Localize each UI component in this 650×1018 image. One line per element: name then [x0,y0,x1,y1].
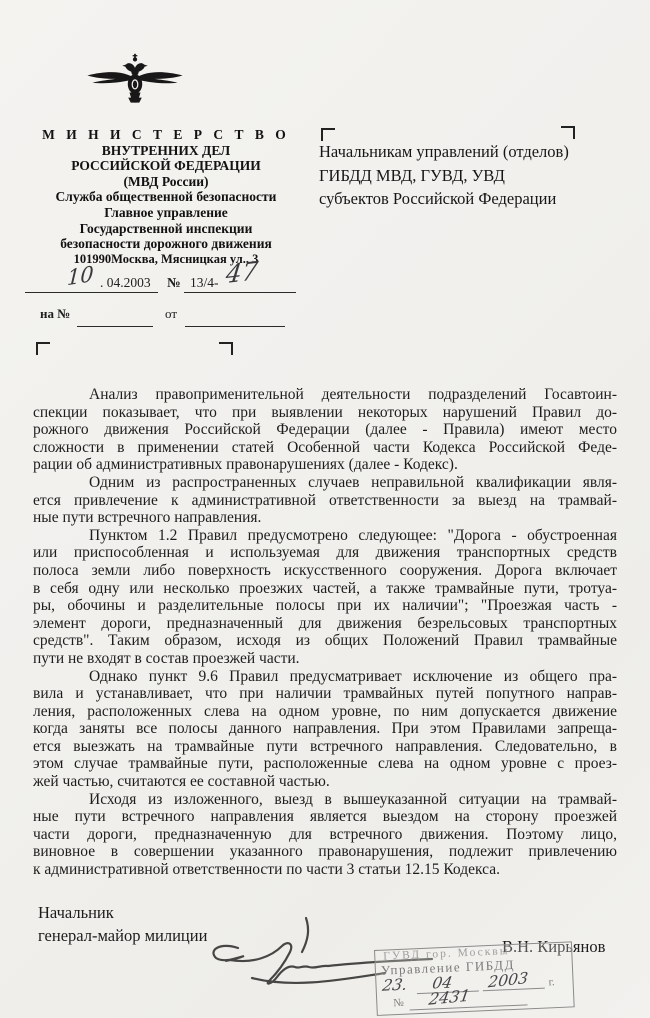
recipient-line: Начальникам управлений (отделов) [319,140,599,164]
letterhead-line: Государственной инспекции [15,221,317,237]
corner-mark-left [36,342,50,355]
reply-from-label: от [165,306,177,322]
printed-date: . 04.2003 [100,275,151,291]
body-line: рожного движения Российской Федерации (д… [33,421,617,439]
letterhead-line: (МВД России) [15,174,317,190]
recipient-line: субъектов Российской Федерации [319,187,599,211]
stamp-date-day: 23. [381,976,409,995]
body-line: ления, расположенных слева на одном уров… [33,703,617,721]
letterhead-line: безопасности дорожного движения [15,236,317,252]
body-line: Анализ правоприменительной деятельности … [33,386,617,404]
stamp: ГУВД гор. Москвы Управление ГИБДД 23. 04… [374,941,575,1016]
number-underline [184,292,296,293]
body-line: части дороги, предназначенную для встреч… [33,826,617,844]
number-sign: № [167,275,181,291]
printed-number: 13/4- [190,275,219,291]
letter-body: Анализ правоприменительной деятельности … [33,386,617,879]
recipient-line: ГИБДД МВД, ГУВД, УВД [319,164,599,188]
recipient-corner-right [561,126,575,139]
letterhead-line: РОССИЙСКОЙ ФЕДЕРАЦИИ [15,158,317,174]
letterhead-line: М И Н И С Т Е Р С Т В О [15,127,317,143]
body-line: средств". Таким образом, исходя из общих… [33,632,617,650]
body-line: ется привлечение к административной отве… [33,492,617,510]
reply-number-underline [77,326,153,327]
body-line: полоса земли либо поверхность искусствен… [33,562,617,580]
corner-mark-right [219,342,233,355]
body-line: этом случае трамвайные пути, расположенн… [33,755,617,773]
body-line: рации об административных правонарушения… [33,456,617,474]
stamp-number-value: 2431 [428,986,472,1009]
letterhead-address: 101990Москва, Мясницкая ул., 3 [15,252,317,268]
body-line: или приспособленная и используемая для д… [33,544,617,562]
eagle-emblem-icon [84,50,186,112]
body-line: ные пути встречного направления является… [33,808,617,826]
reply-from-underline [185,326,285,327]
body-line: Исходя из изложенного, выезд в вышеуказа… [33,791,617,809]
body-line: к административной ответственности по ча… [33,861,617,879]
stamp-number-label: № [393,997,404,1009]
letterhead-line: Служба общественной безопасности [15,189,317,205]
body-line: сложности в применении статей Особенной … [33,439,617,457]
body-line: элемент дороги, предназначенный для движ… [33,615,617,633]
body-line: Однако пункт 9.6 Правил предусматривает … [33,668,617,686]
body-line: Одним из распространенных случаев неправ… [33,474,617,492]
handwritten-number: 47 [224,256,259,290]
stamp-year-suffix: г. [548,976,555,988]
body-line: ные пути встречного направления. [33,509,617,527]
scanned-letter-page: М И Н И С Т Е Р С Т В О ВНУТРЕННИХ ДЕЛ Р… [0,0,650,1018]
body-line: ется выезжать на трамвайные пути встречн… [33,738,617,756]
signatory-rank: генерал-майор милиции [38,926,207,946]
body-line: в себя одну или несколько проезжих часте… [33,580,617,598]
body-line: пути не входят в состав проезжей части. [33,650,617,668]
body-line: ры, обочины и разделительные полосы при … [33,597,617,615]
body-line: когда заняты все полосы данного направле… [33,720,617,738]
letterhead: М И Н И С Т Е Р С Т В О ВНУТРЕННИХ ДЕЛ Р… [15,127,317,267]
reply-number-label: на № [40,306,70,322]
body-line: виновное в совершении указанного правона… [33,843,617,861]
body-line: жей частью, считаются ее составной часть… [33,773,617,791]
handwritten-day: 10 [67,262,95,291]
letterhead-line: ВНУТРЕННИХ ДЕЛ [15,143,317,159]
letterhead-line: Главное управление [15,205,317,221]
date-underline [25,292,158,293]
recipient-block: Начальникам управлений (отделов) ГИБДД М… [319,140,599,211]
body-line: спекции показывает, что при выявлении не… [33,404,617,422]
signatory-title: Начальник [38,903,114,923]
body-line: Пунктом 1.2 Правил предусмотрено следующ… [33,527,617,545]
body-line: вила и устанавливает, что при наличии тр… [33,685,617,703]
